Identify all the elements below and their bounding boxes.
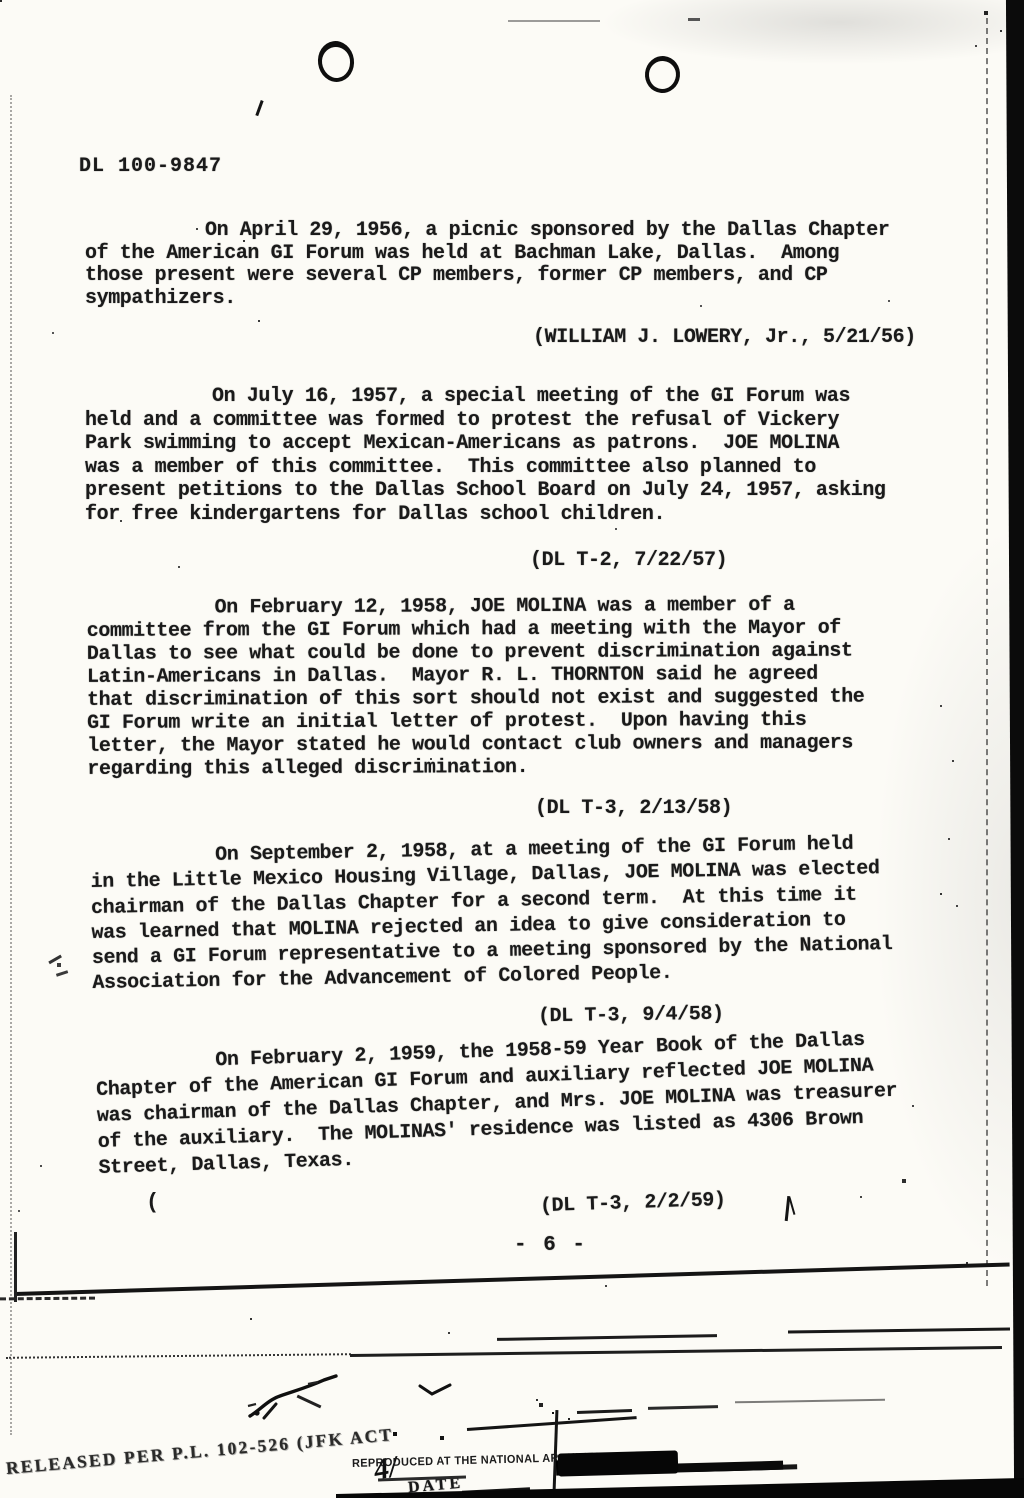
scan-line-mid-a — [497, 1334, 717, 1340]
check-v-mark — [418, 1382, 452, 1398]
paragraph-2: On July 16, 1957, a special meeting of t… — [85, 385, 970, 526]
scan-edge-band — [1002, 0, 1024, 1492]
scan-noise-speckles — [0, 0, 2, 2]
scan-line-solid-long — [350, 1346, 1002, 1356]
margin-scribble-1 — [48, 955, 61, 964]
ink-smudge-bar — [558, 1450, 679, 1476]
scan-dash-top — [688, 18, 700, 21]
citation-3: (DL T-3, 2/13/58) — [535, 797, 732, 820]
hole-punch-right — [643, 54, 682, 94]
paragraph-1: On April 29, 1956, a picnic sponsored by… — [85, 220, 970, 310]
left-fold-dotted-line — [10, 95, 12, 1435]
stray-pen-stroke — [255, 100, 263, 116]
paragraph-4: On September 2, 1958, at a meeting of th… — [90, 830, 978, 997]
scan-dash-a — [577, 1409, 632, 1414]
stray-paren-mark: ( — [146, 1190, 159, 1215]
citation-2: (DL T-2, 7/22/57) — [530, 549, 727, 572]
stamp-box-top-edge — [467, 1416, 637, 1431]
citation-1: (WILLIAM J. LOWERY, Jr., 5/21/56) — [533, 326, 916, 349]
scan-dash-c — [735, 1399, 885, 1404]
right-fold-dotted-line — [986, 18, 988, 1286]
scan-line-mid-b — [788, 1327, 1010, 1333]
released-jfk-act-stamp: RELEASED PER P.L. 102-526 (JFK ACT — [5, 1424, 394, 1479]
scan-line-dotted-long — [6, 1353, 351, 1359]
citation-5: (DL T-3, 2/2/59) — [540, 1189, 726, 1218]
file-number: DL 100-9847 — [79, 155, 222, 178]
pen-check-mark-2 — [789, 1197, 796, 1215]
page-number: - 6 - — [514, 1234, 587, 1257]
paragraph-3: On February 12, 1958, JOE MOLINA was a m… — [87, 593, 973, 781]
scan-corner-vertical — [14, 1232, 17, 1302]
hole-punch-left — [315, 39, 356, 85]
citation-4: (DL T-3, 9/4/58) — [538, 1003, 724, 1029]
paragraph-5: On February 2, 1959, the 1958-59 Year Bo… — [95, 1024, 984, 1182]
scan-streak-top — [508, 20, 600, 22]
scan-dash-b — [648, 1405, 718, 1409]
handwriting-scrawl — [246, 1370, 341, 1422]
scan-line-long — [15, 1262, 1010, 1295]
margin-scribble-2 — [56, 970, 68, 976]
scanned-document-page: DL 100-9847 On April 29, 1956, a picnic … — [0, 0, 1024, 1498]
